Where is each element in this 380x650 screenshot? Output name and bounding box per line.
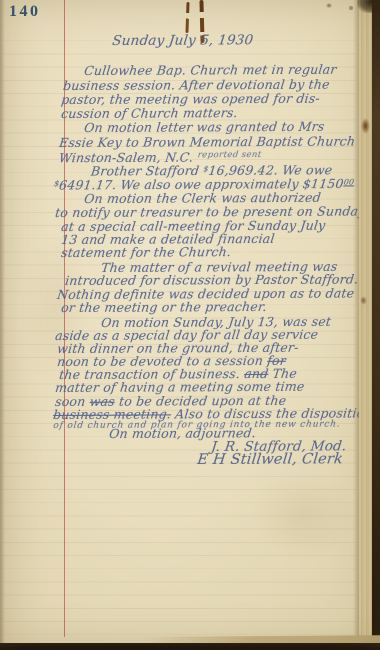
minutes-book-photo: 140 Sunday July 5, 1930Cullowhee Bap. Ch… [0, 0, 380, 650]
photo-vignette [0, 0, 380, 650]
